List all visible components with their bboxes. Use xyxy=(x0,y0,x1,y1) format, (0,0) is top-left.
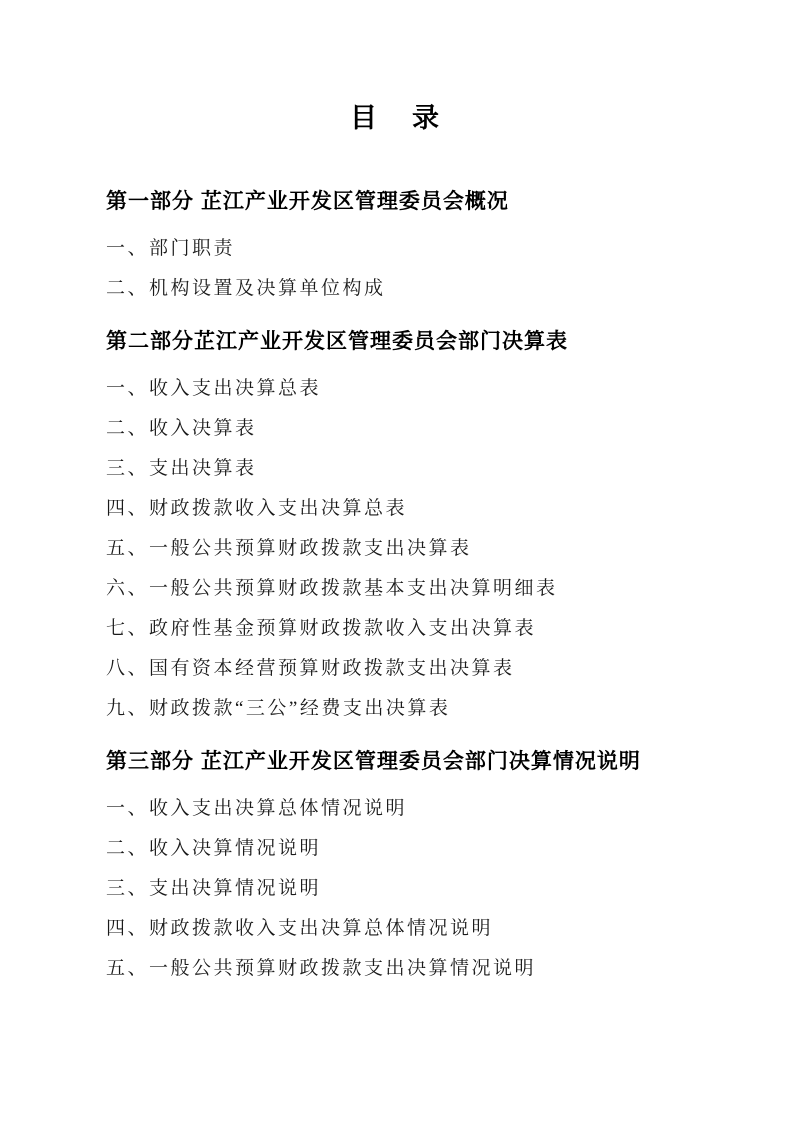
section-items: 一、收入支出决算总体情况说明二、收入决算情况说明三、支出决算情况说明四、财政拨款… xyxy=(106,789,713,989)
toc-item: 二、机构设置及决算单位构成 xyxy=(106,269,713,309)
toc-section-1: 第一部分 芷江产业开发区管理委员会概况一、部门职责二、机构设置及决算单位构成 xyxy=(106,188,713,309)
toc-item: 七、政府性基金预算财政拨款收入支出决算表 xyxy=(106,609,713,649)
toc-item: 二、收入决算情况说明 xyxy=(106,829,713,869)
toc-item: 五、一般公共预算财政拨款支出决算表 xyxy=(106,529,713,569)
toc-item: 二、收入决算表 xyxy=(106,409,713,449)
section-heading: 第二部分芷江产业开发区管理委员会部门决算表 xyxy=(106,328,713,356)
section-items: 一、收入支出决算总表二、收入决算表三、支出决算表四、财政拨款收入支出决算总表五、… xyxy=(106,369,713,729)
toc-item: 六、一般公共预算财政拨款基本支出决算明细表 xyxy=(106,569,713,609)
toc-item: 一、收入支出决算总表 xyxy=(106,369,713,409)
page-title: 目 录 xyxy=(0,100,793,136)
toc-item: 九、财政拨款“三公”经费支出决算表 xyxy=(106,689,713,729)
section-heading: 第一部分 芷江产业开发区管理委员会概况 xyxy=(106,188,713,216)
toc-item: 五、一般公共预算财政拨款支出决算情况说明 xyxy=(106,949,713,989)
toc-section-3: 第三部分 芷江产业开发区管理委员会部门决算情况说明一、收入支出决算总体情况说明二… xyxy=(106,748,713,989)
section-items: 一、部门职责二、机构设置及决算单位构成 xyxy=(106,229,713,309)
toc-item: 三、支出决算表 xyxy=(106,449,713,489)
section-heading: 第三部分 芷江产业开发区管理委员会部门决算情况说明 xyxy=(106,748,713,776)
table-of-contents: 第一部分 芷江产业开发区管理委员会概况一、部门职责二、机构设置及决算单位构成第二… xyxy=(0,188,793,989)
toc-section-2: 第二部分芷江产业开发区管理委员会部门决算表一、收入支出决算总表二、收入决算表三、… xyxy=(106,328,713,729)
toc-item: 一、收入支出决算总体情况说明 xyxy=(106,789,713,829)
toc-item: 八、国有资本经营预算财政拨款支出决算表 xyxy=(106,649,713,689)
toc-item: 一、部门职责 xyxy=(106,229,713,269)
document-page: 目 录 第一部分 芷江产业开发区管理委员会概况一、部门职责二、机构设置及决算单位… xyxy=(0,0,793,1122)
toc-item: 四、财政拨款收入支出决算总体情况说明 xyxy=(106,909,713,949)
toc-item: 三、支出决算情况说明 xyxy=(106,869,713,909)
toc-item: 四、财政拨款收入支出决算总表 xyxy=(106,489,713,529)
